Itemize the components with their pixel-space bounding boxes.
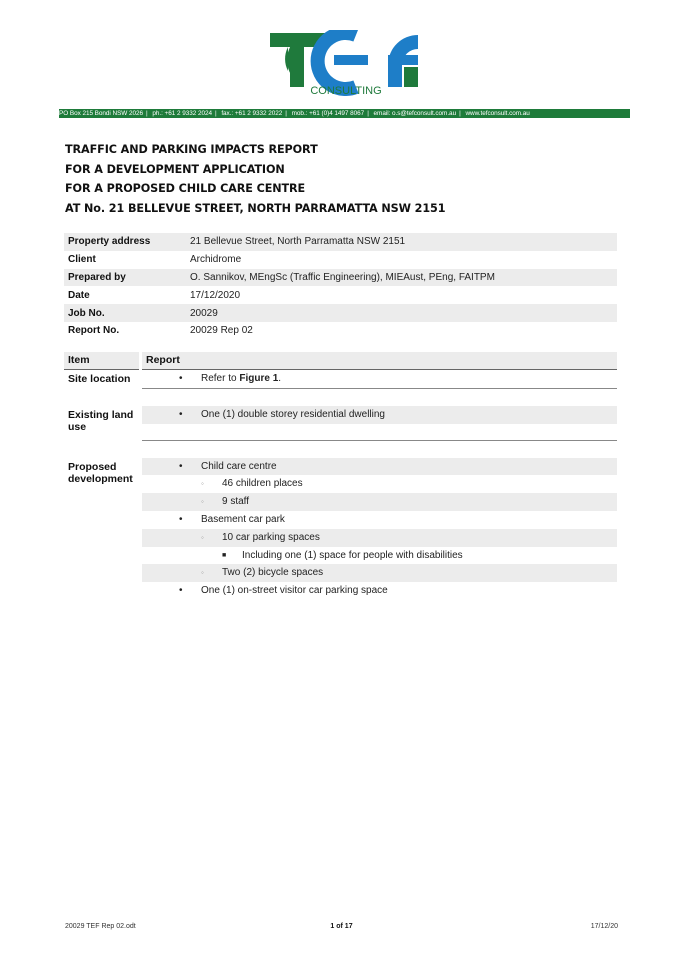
list-item: ◦ 46 children places [142,475,617,493]
info-value: 20029 [186,304,617,322]
contact-phone: ph.: +61 2 9332 2024 [152,110,212,117]
report-table-header: Item Report [64,352,617,370]
info-label: Client [64,251,186,269]
circle-bullet-icon: ◦ [201,493,204,511]
column-header-item: Item [64,352,139,370]
info-row-job-no: Job No. 20029 [64,304,617,322]
info-label: Property address [64,233,186,251]
section-label: Existing land use [64,406,142,441]
info-value: O. Sannikov, MEngSc (Traffic Engineering… [186,269,617,287]
info-row-client: Client Archidrome [64,251,617,269]
info-row-property-address: Property address 21 Bellevue Street, Nor… [64,233,617,251]
footer-date: 17/12/20 [591,923,618,930]
contact-website[interactable]: www.tefconsult.com.au [465,110,529,117]
logo-subtitle: CONSULTING [310,85,381,96]
bullet-icon: • [179,511,183,529]
info-label: Report No. [64,322,186,340]
bullet-icon: • [179,458,183,476]
section-label: Proposed development [64,458,142,600]
report-title: TRAFFIC AND PARKING IMPACTS REPORT FOR A… [65,140,445,218]
figure-link[interactable]: Figure 1 [239,373,278,384]
property-info-table: Property address 21 Bellevue Street, Nor… [64,233,617,340]
circle-bullet-icon: ◦ [201,475,204,493]
list-item: • Child care centre [142,458,617,476]
list-item: ◦ Two (2) bicycle spaces [142,564,617,582]
info-value: Archidrome [186,251,617,269]
info-row-date: Date 17/12/2020 [64,286,617,304]
column-header-report: Report [142,352,617,370]
list-item: ■ Including one (1) space for people wit… [142,547,617,565]
section-label: Site location [64,370,142,389]
info-row-prepared-by: Prepared by O. Sannikov, MEngSc (Traffic… [64,269,617,287]
info-label: Prepared by [64,269,186,287]
title-line: FOR A PROPOSED CHILD CARE CENTRE [65,179,445,199]
list-item: • One (1) double storey residential dwel… [142,406,617,424]
title-line: AT No. 21 BELLEVUE STREET, NORTH PARRAMA… [65,199,445,219]
section-proposed-development: Proposed development • Child care centre… [64,458,617,600]
contact-email[interactable]: email: o.s@tefconsult.com.au [374,110,457,117]
tef-consulting-logo: CONSULTING [268,30,424,96]
report-table: Item Report Site location • Refer to Fig… [64,352,617,600]
contact-address: PO Box 215 Bondi NSW 2026 [59,110,143,117]
list-item: • One (1) on-street visitor car parking … [142,582,617,600]
info-value: 20029 Rep 02 [186,322,617,340]
section-site-location: Site location • Refer to Figure 1. [64,370,617,389]
contact-fax: fax.: +61 2 9332 2022 [221,110,282,117]
info-label: Job No. [64,304,186,322]
bullet-icon: • [179,582,183,600]
title-line: FOR A DEVELOPMENT APPLICATION [65,160,445,180]
section-existing-land-use: Existing land use • One (1) double store… [64,406,617,441]
bullet-icon: • [179,406,183,424]
circle-bullet-icon: ◦ [201,529,204,547]
list-item: ◦ 9 staff [142,493,617,511]
circle-bullet-icon: ◦ [201,564,204,582]
contact-bar: PO Box 215 Bondi NSW 2026| ph.: +61 2 93… [59,109,630,118]
list-item: • Refer to Figure 1. [142,370,617,388]
list-item: • Basement car park [142,511,617,529]
bullet-icon: • [179,370,183,388]
list-item: ◦ 10 car parking spaces [142,529,617,547]
page-number: 1 of 17 [65,923,618,930]
title-line: TRAFFIC AND PARKING IMPACTS REPORT [65,140,445,160]
info-value: 21 Bellevue Street, North Parramatta NSW… [186,233,617,251]
info-row-report-no: Report No. 20029 Rep 02 [64,322,617,340]
contact-mobile: mob.: +61 (0)4 1497 8067 [292,110,365,117]
info-label: Date [64,286,186,304]
square-bullet-icon: ■ [222,547,226,565]
info-value: 17/12/2020 [186,286,617,304]
